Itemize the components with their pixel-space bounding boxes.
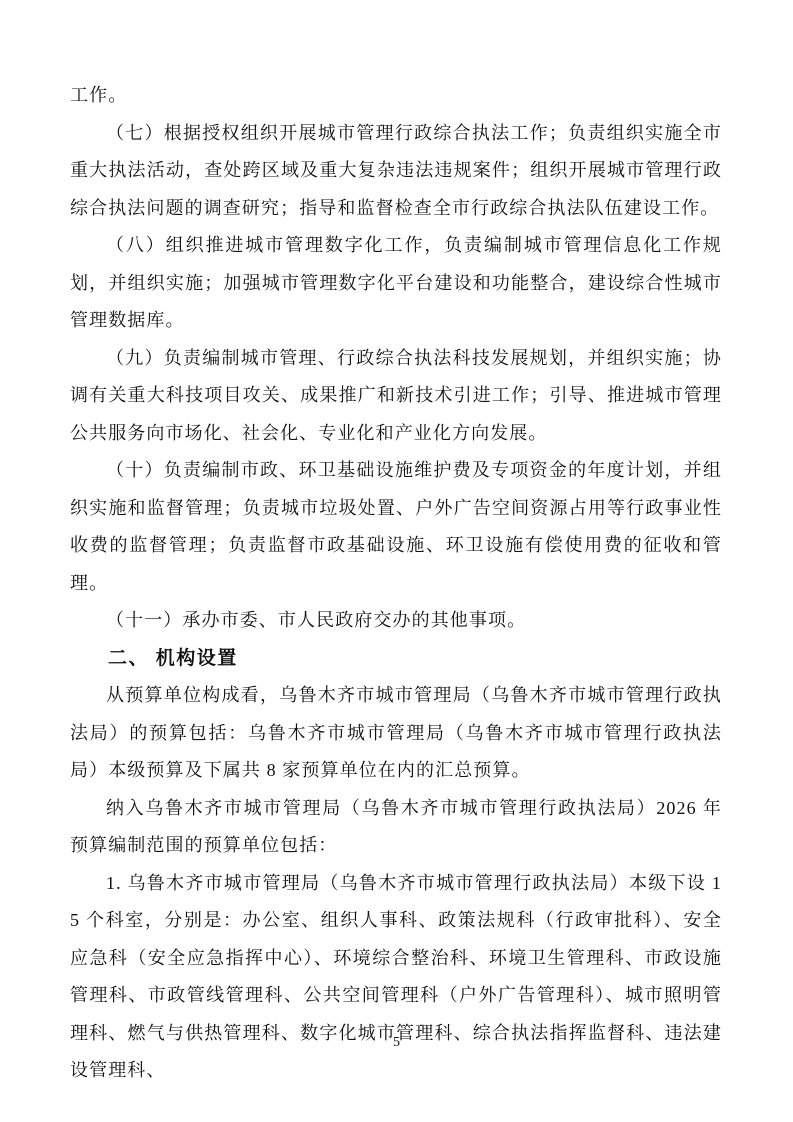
paragraph-item-8: （八）组织推进城市管理数字化工作，负责编制城市管理信息化工作规划，并组织实施；加… bbox=[70, 227, 722, 340]
section-heading-organization: 二、 机构设置 bbox=[70, 640, 722, 678]
paragraph-item-10: （十）负责编制市政、环卫基础设施维护费及专项资金的年度计划，并组织实施和监督管理… bbox=[70, 452, 722, 602]
paragraph-department-list: 1. 乌鲁木齐市城市管理局（乌鲁木齐市城市管理行政执法局）本级下设 15 个科室… bbox=[70, 865, 722, 1090]
page-number: 5 bbox=[0, 1035, 793, 1051]
document-page: 工作。 （七）根据授权组织开展城市管理行政综合执法工作；负责组织实施全市重大执法… bbox=[0, 0, 793, 1122]
paragraph-item-9: （九）负责编制城市管理、行政综合执法科技发展规划，并组织实施；协调有关重大科技项… bbox=[70, 340, 722, 453]
document-body: 工作。 （七）根据授权组织开展城市管理行政综合执法工作；负责组织实施全市重大执法… bbox=[70, 77, 722, 1090]
paragraph-item-7: （七）根据授权组织开展城市管理行政综合执法工作；负责组织实施全市重大执法活动，查… bbox=[70, 115, 722, 228]
paragraph-budget-composition: 从预算单位构成看，乌鲁木齐市城市管理局（乌鲁木齐市城市管理行政执法局）的预算包括… bbox=[70, 677, 722, 790]
paragraph-continuation: 工作。 bbox=[70, 77, 722, 115]
paragraph-budget-scope: 纳入乌鲁木齐市城市管理局（乌鲁木齐市城市管理行政执法局）2026 年预算编制范围… bbox=[70, 790, 722, 865]
paragraph-item-11: （十一）承办市委、市人民政府交办的其他事项。 bbox=[70, 602, 722, 640]
